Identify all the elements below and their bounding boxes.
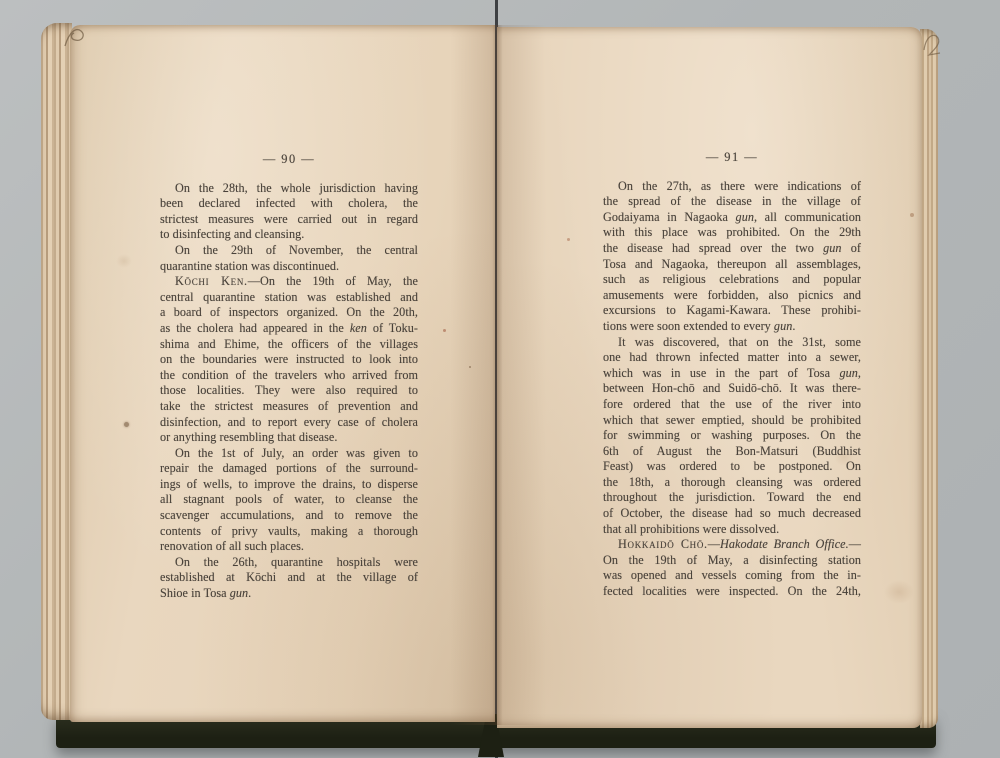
text-line: one had thrown infected matter into a se… xyxy=(603,350,861,366)
scanned-book-photo: — 90 — On the 28th, the whole jurisdicti… xyxy=(0,0,1000,758)
text-line: as the cholera had appeared in the ken o… xyxy=(160,321,418,337)
body-text: Godaiyama in Nagaoka xyxy=(603,210,736,224)
text-line: On the 29th of November, the central xyxy=(160,243,418,259)
text-line: those localities. They were also require… xyxy=(160,383,418,399)
body-text: take the strictest measures of preventio… xyxy=(160,399,418,413)
body-text: fected localities were inspected. On the… xyxy=(603,584,861,598)
text-line: Tosa and Nagaoka, thereupon all assembla… xyxy=(603,257,861,273)
text-line: contents of privy vaults, making a thoro… xyxy=(160,524,418,540)
text-line: was opened and vessels coming from the i… xyxy=(603,568,861,584)
body-text: —On the 19th of May, the xyxy=(248,274,418,288)
page-edges-right xyxy=(920,29,938,728)
text-line: of October, the disease had so much decr… xyxy=(603,506,861,522)
body-text: excursions to Kagami-Kawara. These prohi… xyxy=(603,303,861,317)
text-line: on the boundaries were instructed to loo… xyxy=(160,352,418,368)
text-line: a board of inspectors organized. On the … xyxy=(160,305,418,321)
body-text: — xyxy=(849,537,861,551)
italic-text: gun xyxy=(823,241,841,255)
text-line: which was in use in the part of Tosa gun… xyxy=(603,366,861,382)
body-text: of Toku- xyxy=(367,321,418,335)
text-line: Shioe in Tosa gun. xyxy=(160,586,418,602)
body-text: On the 28th, the whole jurisdiction havi… xyxy=(175,181,418,195)
text-line: for swimming or washing purposes. On the xyxy=(603,428,861,444)
body-text: central quarantine station was establish… xyxy=(160,290,418,304)
text-line: Kōchi Ken.—On the 19th of May, the xyxy=(160,274,418,290)
text-line: throughout the jurisdiction. Toward the … xyxy=(603,490,861,506)
body-text: On the 29th of November, the central xyxy=(175,243,418,257)
body-text: On the 26th, quarantine hospitals were xyxy=(175,555,418,569)
text-line: to disinfecting and cleansing. xyxy=(160,227,418,243)
text-line: strictest measures were carried out in r… xyxy=(160,212,418,228)
text-line: disinfection, and to report every case o… xyxy=(160,415,418,431)
italic-text: Hakodate Branch Office. xyxy=(720,537,849,551)
italic-text: gun xyxy=(736,210,754,224)
text-line: fected localities were inspected. On the… xyxy=(603,584,861,600)
body-text: quarantine station was discontinued. xyxy=(160,259,339,273)
body-text: or anything resembling that disease. xyxy=(160,430,337,444)
body-text: . xyxy=(792,319,795,333)
body-text: Shioe in Tosa xyxy=(160,586,230,600)
text-line: or anything resembling that disease. xyxy=(160,430,418,446)
body-text: on the boundaries were instructed to loo… xyxy=(160,352,418,366)
body-text: the disease had spread over the two xyxy=(603,241,823,255)
body-text: On the 27th, as there were indications o… xyxy=(618,179,861,193)
body-text: the 18th, a thorough cleansing was order… xyxy=(603,475,861,489)
text-line: the 18th, a thorough cleansing was order… xyxy=(603,475,861,491)
text-line: the condition of the travelers who arriv… xyxy=(160,368,418,384)
text-line: with this place was prohibited. On the 2… xyxy=(603,225,861,241)
body-text: , all communication xyxy=(754,210,861,224)
text-line: On the 27th, as there were indications o… xyxy=(603,179,861,195)
body-text: was opened and vessels coming from the i… xyxy=(603,568,861,582)
body-text: Feast) was ordered to be postponed. On xyxy=(603,459,861,473)
text-line: amusements were forbidden, also picnics … xyxy=(603,288,861,304)
body-text: disinfection, and to report every case o… xyxy=(160,415,418,429)
body-text: Tosa and Nagaoka, thereupon all assembla… xyxy=(603,257,861,271)
italic-text: gun xyxy=(839,366,857,380)
body-text: such as religious celebrations and popul… xyxy=(603,272,861,286)
text-line: fore ordered that the use of the river i… xyxy=(603,397,861,413)
text-line: repair the damaged portions of the surro… xyxy=(160,461,418,477)
body-text: scavenger accumulations, and to remove t… xyxy=(160,508,418,522)
text-line: central quarantine station was establish… xyxy=(160,290,418,306)
body-text: as the cholera had appeared in the xyxy=(160,321,350,335)
body-text: the spread of the disease in the village… xyxy=(603,194,861,208)
left-page-text-column: — 90 — On the 28th, the whole jurisdicti… xyxy=(160,152,418,602)
text-line: all stagnant pools of water, to cleanse … xyxy=(160,492,418,508)
body-text: contents of privy vaults, making a thoro… xyxy=(160,524,418,538)
text-line: shima and Ehime, the officers of the vil… xyxy=(160,337,418,353)
body-text: those localities. They were also require… xyxy=(160,383,418,397)
text-line: been declared infected with cholera, the xyxy=(160,196,418,212)
body-text: On the 19th of May, a disinfecting stati… xyxy=(603,553,861,567)
body-text: It was discovered, that on the 31st, som… xyxy=(618,335,861,349)
text-line: Feast) was ordered to be postponed. On xyxy=(603,459,861,475)
body-text: throughout the jurisdiction. Toward the … xyxy=(603,490,861,504)
body-text: . xyxy=(248,586,251,600)
text-line: established at Kōchi and at the village … xyxy=(160,570,418,586)
body-text: 6th of August the Bon-Matsuri (Buddhist xyxy=(603,444,861,458)
body-text: repair the damaged portions of the surro… xyxy=(160,461,418,475)
text-line: scavenger accumulations, and to remove t… xyxy=(160,508,418,524)
body-text: been declared infected with cholera, the xyxy=(160,196,418,210)
body-text: one had thrown infected matter into a se… xyxy=(603,350,861,364)
text-line: between Hon-chō and Suidō-chō. It was th… xyxy=(603,381,861,397)
text-line: It was discovered, that on the 31st, som… xyxy=(603,335,861,351)
page-number-right: — 91 — xyxy=(603,150,861,166)
text-line: On the 26th, quarantine hospitals were xyxy=(160,555,418,571)
small-caps-heading: Hokkaidō Chō. xyxy=(618,537,708,551)
text-line: Godaiyama in Nagaoka gun, all communicat… xyxy=(603,210,861,226)
text-line: excursions to Kagami-Kawara. These prohi… xyxy=(603,303,861,319)
page-edges-left xyxy=(41,23,72,720)
right-page-text-column: — 91 — On the 27th, as there were indica… xyxy=(603,150,861,600)
body-text: of October, the disease had so much decr… xyxy=(603,506,861,520)
text-line: renovation of all such places. xyxy=(160,539,418,555)
text-line: ings of wells, to improve the drains, to… xyxy=(160,477,418,493)
text-line: On the 28th, the whole jurisdiction havi… xyxy=(160,181,418,197)
text-line: the spread of the disease in the village… xyxy=(603,194,861,210)
text-line: which that sewer emptied, should be proh… xyxy=(603,413,861,429)
text-line: such as religious celebrations and popul… xyxy=(603,272,861,288)
italic-text: gun xyxy=(774,319,792,333)
body-text: with this place was prohibited. On the 2… xyxy=(603,225,861,239)
text-line: tions were soon extended to every gun. xyxy=(603,319,861,335)
body-text: fore ordered that the use of the river i… xyxy=(603,397,861,411)
italic-text: gun xyxy=(230,586,248,600)
text-line: Hokkaidō Chō.—Hakodate Branch Office.— xyxy=(603,537,861,553)
text-line: On the 19th of May, a disinfecting stati… xyxy=(603,553,861,569)
body-text: which was in use in the part of Tosa xyxy=(603,366,839,380)
body-text: tions were soon extended to every xyxy=(603,319,774,333)
body-text: ings of wells, to improve the drains, to… xyxy=(160,477,418,491)
italic-text: ken xyxy=(350,321,367,335)
text-line: the disease had spread over the two gun … xyxy=(603,241,861,257)
body-text: that all prohibitions were dissolved. xyxy=(603,522,779,536)
body-text: which that sewer emptied, should be proh… xyxy=(603,413,861,427)
body-text: , xyxy=(858,366,861,380)
text-line: 6th of August the Bon-Matsuri (Buddhist xyxy=(603,444,861,460)
body-text: all stagnant pools of water, to cleanse … xyxy=(160,492,418,506)
body-text: On the 1st of July, an order was given t… xyxy=(175,446,418,460)
body-text: between Hon-chō and Suidō-chō. It was th… xyxy=(603,381,861,395)
body-text: established at Kōchi and at the village … xyxy=(160,570,418,584)
body-text: for swimming or washing purposes. On the xyxy=(603,428,861,442)
body-text: renovation of all such places. xyxy=(160,539,304,553)
right-page-text: On the 27th, as there were indications o… xyxy=(603,179,861,600)
body-text: a board of inspectors organized. On the … xyxy=(160,305,418,319)
left-page-text: On the 28th, the whole jurisdiction havi… xyxy=(160,181,418,602)
page-number-left: — 90 — xyxy=(160,152,418,168)
small-caps-heading: Kōchi Ken. xyxy=(175,274,248,288)
text-line: On the 1st of July, an order was given t… xyxy=(160,446,418,462)
body-text: amusements were forbidden, also picnics … xyxy=(603,288,861,302)
body-text: strictest measures were carried out in r… xyxy=(160,212,418,226)
body-text: of xyxy=(842,241,861,255)
text-line: quarantine station was discontinued. xyxy=(160,259,418,275)
text-line: take the strictest measures of preventio… xyxy=(160,399,418,415)
text-line: that all prohibitions were dissolved. xyxy=(603,522,861,538)
body-text: to disinfecting and cleansing. xyxy=(160,227,304,241)
body-text: the condition of the travelers who arriv… xyxy=(160,368,418,382)
body-text: shima and Ehime, the officers of the vil… xyxy=(160,337,418,351)
body-text: — xyxy=(708,537,720,551)
